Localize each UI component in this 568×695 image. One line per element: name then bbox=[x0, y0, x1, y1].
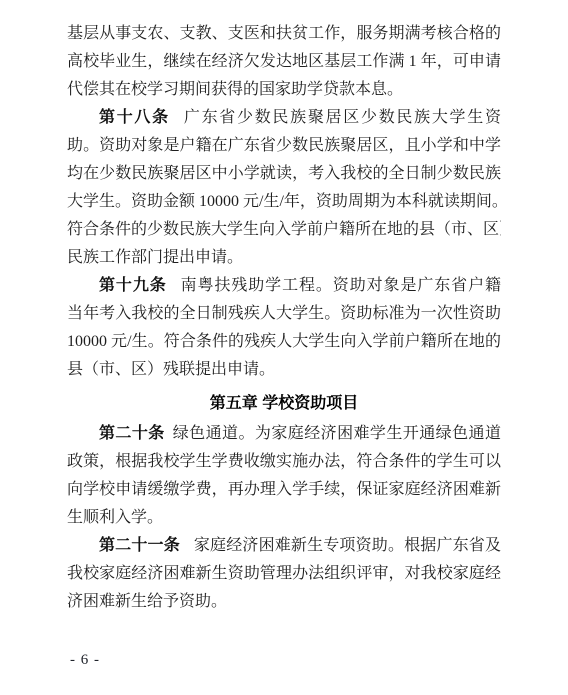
article-21-first-line: 第二十一条家庭经济困难新生专项资助。根据广东省及 bbox=[67, 532, 501, 560]
article-20-text: 绿色通道。为家庭经济困难学生开通绿色通道 bbox=[173, 425, 501, 442]
text-line: 符合条件的少数民族大学生向入学前户籍所在地的县（市、区） bbox=[67, 216, 501, 244]
text-line: 代偿其在校学习期间获得的国家助学贷款本息。 bbox=[67, 76, 501, 104]
article-20-first-line: 第二十条绿色通道。为家庭经济困难学生开通绿色通道 bbox=[67, 420, 501, 448]
article-21-text: 家庭经济困难新生专项资助。根据广东省及 bbox=[194, 537, 501, 554]
text-column: 基层从事支农、支教、支医和扶贫工作，服务期满考核合格的 高校毕业生，继续在经济欠… bbox=[67, 20, 501, 616]
text-line: 民族工作部门提出申请。 bbox=[67, 244, 501, 272]
page-number: - 6 - bbox=[70, 650, 100, 670]
article-19-text: 南粤扶残助学工程。资助对象是广东省户籍 bbox=[181, 277, 501, 294]
text-line: 生顺利入学。 bbox=[67, 504, 501, 532]
text-line: 基层从事支农、支教、支医和扶贫工作，服务期满考核合格的 bbox=[67, 20, 501, 48]
article-20-number: 第二十条 bbox=[99, 425, 165, 442]
article-19-first-line: 第十九条南粤扶残助学工程。资助对象是广东省户籍 bbox=[67, 272, 501, 300]
article-18-text: 广东省少数民族聚居区少数民族大学生资 bbox=[184, 109, 501, 126]
text-line: 县（市、区）残联提出申请。 bbox=[67, 356, 501, 384]
text-line: 向学校申请缓缴学费，再办理入学手续，保证家庭经济困难新 bbox=[67, 476, 501, 504]
text-line: 大学生。资助金额 10000 元/生/年，资助周期为本科就读期间。 bbox=[67, 188, 501, 216]
text-line: 高校毕业生，继续在经济欠发达地区基层工作满 1 年，可申请 bbox=[67, 48, 501, 76]
chapter-heading: 第五章 学校资助项目 bbox=[67, 390, 501, 418]
document-page: 基层从事支农、支教、支医和扶贫工作，服务期满考核合格的 高校毕业生，继续在经济欠… bbox=[0, 0, 568, 695]
text-line: 济困难新生给予资助。 bbox=[67, 588, 501, 616]
article-18-number: 第十八条 bbox=[99, 109, 170, 126]
text-line: 助。资助对象是户籍在广东省少数民族聚居区，且小学和中学 bbox=[67, 132, 501, 160]
article-18-first-line: 第十八条广东省少数民族聚居区少数民族大学生资 bbox=[67, 104, 501, 132]
text-line: 当年考入我校的全日制残疾人大学生。资助标准为一次性资助 bbox=[67, 300, 501, 328]
text-line: 政策，根据我校学生学费收缴实施办法，符合条件的学生可以 bbox=[67, 448, 501, 476]
text-line: 10000 元/生。符合条件的残疾人大学生向入学前户籍所在地的 bbox=[67, 328, 501, 356]
article-21-number: 第二十一条 bbox=[99, 537, 180, 554]
article-19-number: 第十九条 bbox=[99, 277, 167, 294]
text-line: 我校家庭经济困难新生资助管理办法组织评审，对我校家庭经 bbox=[67, 560, 501, 588]
text-line: 均在少数民族聚居区中小学就读，考入我校的全日制少数民族 bbox=[67, 160, 501, 188]
